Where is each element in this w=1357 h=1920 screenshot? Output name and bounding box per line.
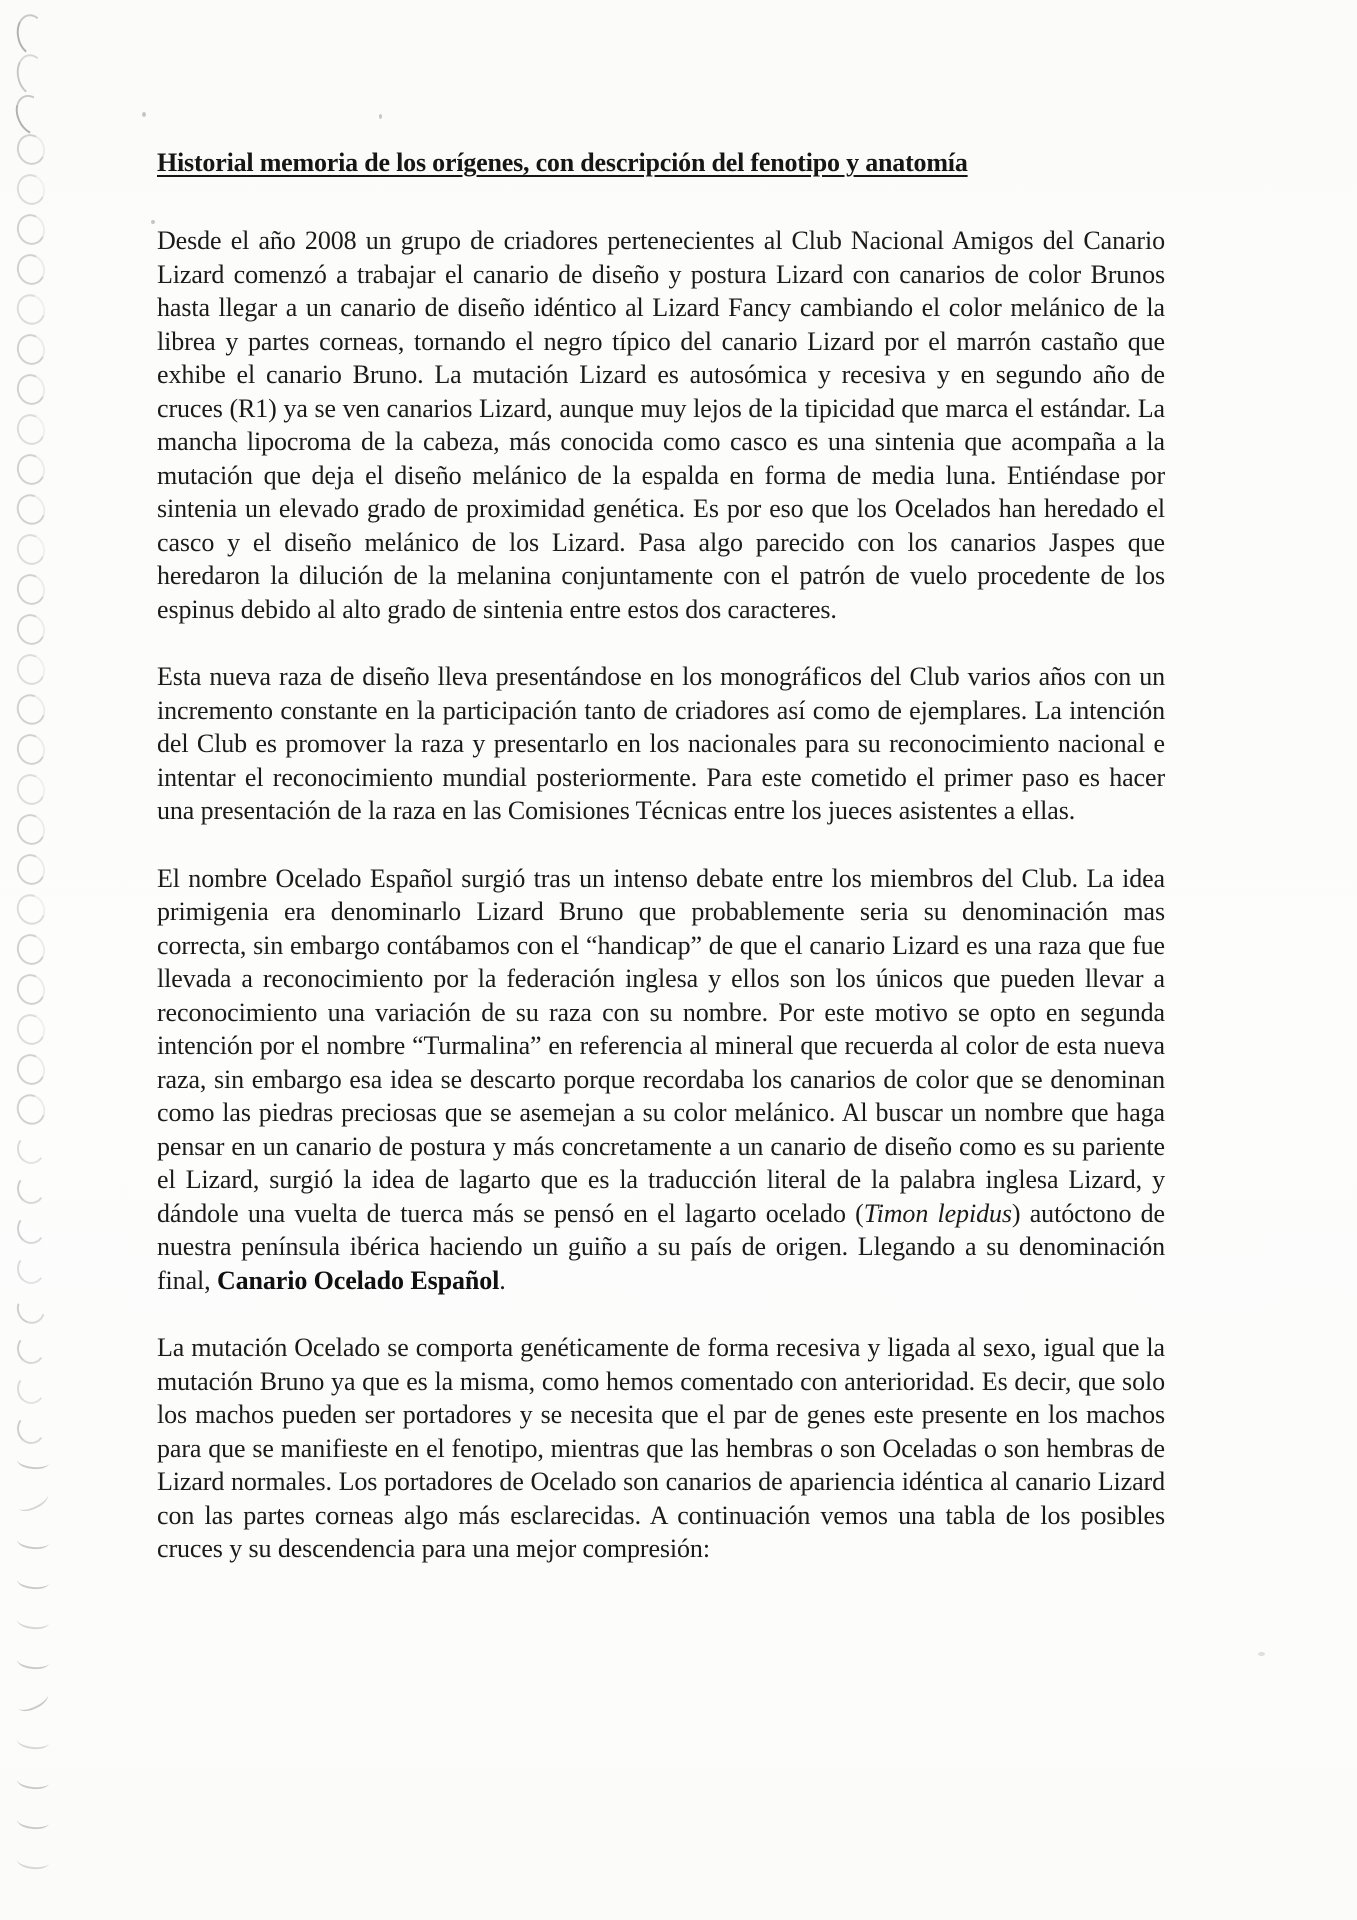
binding-mark-icon bbox=[12, 290, 50, 330]
binding-mark-icon bbox=[15, 1332, 47, 1366]
scan-speck-icon bbox=[142, 112, 146, 117]
binding-mark-icon bbox=[13, 11, 51, 58]
binding-mark-icon bbox=[13, 210, 49, 248]
text-run-italic: Timon lepidus bbox=[864, 1199, 1012, 1228]
paragraph: Esta nueva raza de diseño lleva presentá… bbox=[157, 660, 1165, 828]
binding-mark-icon bbox=[12, 490, 50, 530]
paragraph: Desde el año 2008 un grupo de criadores … bbox=[157, 224, 1165, 626]
binding-mark-icon bbox=[13, 610, 49, 648]
binding-mark-icon bbox=[15, 1132, 47, 1166]
binding-mark-icon bbox=[15, 1252, 47, 1286]
binding-mark-icon bbox=[13, 1050, 49, 1088]
binding-mark-icon bbox=[15, 1372, 47, 1406]
binding-mark-icon bbox=[13, 450, 49, 488]
binding-mark-icon bbox=[13, 250, 49, 288]
paragraph: El nombre Ocelado Español surgió tras un… bbox=[157, 862, 1165, 1298]
binding-mark-icon bbox=[13, 730, 49, 768]
binding-mark-icon bbox=[13, 970, 49, 1008]
text-run: Esta nueva raza de diseño lleva presentá… bbox=[157, 662, 1165, 825]
binding-mark-icon bbox=[15, 1488, 50, 1515]
binding-mark-icon bbox=[13, 370, 49, 408]
binding-mark-icon bbox=[15, 1172, 47, 1206]
scanned-page: Historial memoria de los orígenes, con d… bbox=[0, 0, 1357, 1920]
binding-mark-icon bbox=[13, 930, 49, 968]
binding-mark-icon bbox=[15, 1212, 47, 1246]
binding-mark-icon bbox=[15, 1412, 47, 1446]
binding-mark-icon bbox=[13, 410, 49, 448]
binding-mark-icon bbox=[13, 130, 49, 168]
text-run: Desde el año 2008 un grupo de criadores … bbox=[157, 226, 1165, 624]
binding-mark-icon bbox=[16, 1452, 49, 1470]
scan-speck-icon bbox=[151, 220, 155, 224]
spiral-binding-marks bbox=[0, 0, 70, 1920]
binding-mark-icon bbox=[15, 1688, 50, 1715]
binding-mark-icon bbox=[13, 570, 49, 608]
binding-mark-icon bbox=[12, 1090, 50, 1130]
document-content: Historial memoria de los orígenes, con d… bbox=[157, 148, 1165, 1566]
scan-speck-icon bbox=[1258, 1652, 1265, 1656]
binding-mark-icon bbox=[13, 530, 49, 568]
binding-mark-icon bbox=[16, 1772, 49, 1790]
binding-mark-icon bbox=[12, 890, 50, 930]
binding-mark-icon bbox=[16, 1732, 49, 1750]
document-title: Historial memoria de los orígenes, con d… bbox=[157, 148, 1165, 178]
binding-mark-icon bbox=[13, 170, 49, 208]
binding-mark-icon bbox=[10, 90, 55, 141]
binding-mark-icon bbox=[12, 1289, 50, 1328]
binding-mark-icon bbox=[13, 51, 51, 98]
text-run: . bbox=[499, 1266, 505, 1295]
binding-mark-icon bbox=[13, 650, 49, 688]
binding-mark-icon bbox=[13, 330, 49, 368]
text-run: El nombre Ocelado Español surgió tras un… bbox=[157, 864, 1165, 1228]
binding-mark-icon bbox=[16, 1532, 49, 1550]
binding-mark-icon bbox=[13, 1010, 49, 1048]
paragraph: La mutación Ocelado se comporta genética… bbox=[157, 1331, 1165, 1566]
text-run: La mutación Ocelado se comporta genética… bbox=[157, 1333, 1165, 1563]
binding-mark-icon bbox=[13, 850, 49, 888]
scan-speck-icon bbox=[379, 114, 382, 119]
binding-mark-icon bbox=[13, 810, 49, 848]
binding-mark-icon bbox=[13, 770, 49, 808]
binding-mark-icon bbox=[16, 1572, 49, 1590]
binding-mark-icon bbox=[16, 1812, 49, 1830]
document-body: Desde el año 2008 un grupo de criadores … bbox=[157, 224, 1165, 1566]
binding-mark-icon bbox=[16, 1612, 49, 1630]
text-run-bold: Canario Ocelado Español bbox=[217, 1266, 499, 1295]
binding-mark-icon bbox=[16, 1852, 49, 1870]
binding-mark-icon bbox=[16, 1652, 49, 1670]
binding-mark-icon bbox=[12, 690, 50, 730]
